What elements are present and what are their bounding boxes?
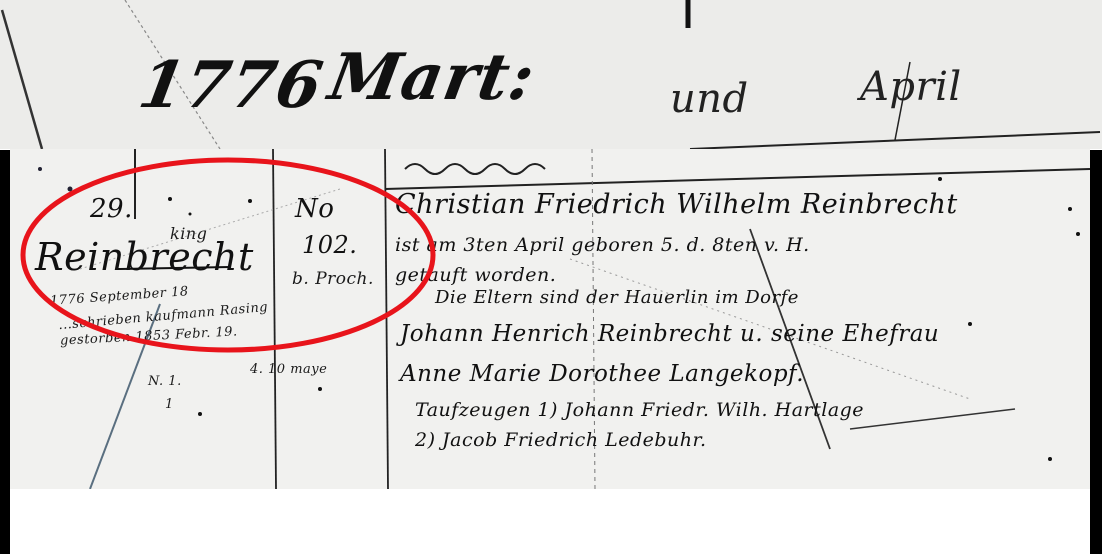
note-birth-date: 1776 September 18 — [50, 284, 190, 309]
surname-text: Reinbrecht — [35, 235, 254, 279]
number-note: b. Proch. — [292, 269, 374, 289]
baptism-line: getauft worden. — [395, 264, 556, 286]
parents-intro: Die Eltern sind der Hauerlin im Dorfe — [435, 287, 799, 308]
birth-line: ist am 3ten April geboren 5. d. 8ten v. … — [395, 234, 810, 256]
black-frame-left — [0, 150, 10, 554]
note-index-2: 1 — [165, 397, 174, 412]
header-month-april: April — [860, 64, 962, 110]
header-year: 1776 — [133, 48, 328, 123]
header-strip: 1776 Mart: und April — [0, 0, 1102, 149]
entry-surname: Reinbrecht — [35, 235, 254, 279]
number-label: No — [295, 194, 334, 224]
bottom-margin — [10, 489, 1090, 554]
father-name: Johann Henrich Reinbrecht u. seine Ehefr… — [400, 321, 939, 347]
age-note: 4. 10 maye — [250, 362, 327, 377]
child-name: Christian Friedrich Wilhelm Reinbrecht — [395, 189, 958, 220]
header-conjunction: und — [670, 76, 749, 122]
godparent-2: 2) Jacob Friedrich Ledebuhr. — [415, 429, 707, 451]
mother-name: Anne Marie Dorothee Langekopf. — [400, 361, 804, 387]
header-month-march: Mart: — [323, 40, 540, 115]
register-scan: 29. king Reinbrecht 1776 September 18 ..… — [10, 149, 1090, 489]
godparent-1: Taufzeugen 1) Johann Friedr. Wilh. Hartl… — [415, 399, 864, 421]
black-frame-right — [1090, 150, 1102, 554]
record-number: 102. — [302, 231, 357, 259]
note-index: N. 1. — [148, 374, 182, 389]
entry-day: 29. — [90, 194, 133, 224]
